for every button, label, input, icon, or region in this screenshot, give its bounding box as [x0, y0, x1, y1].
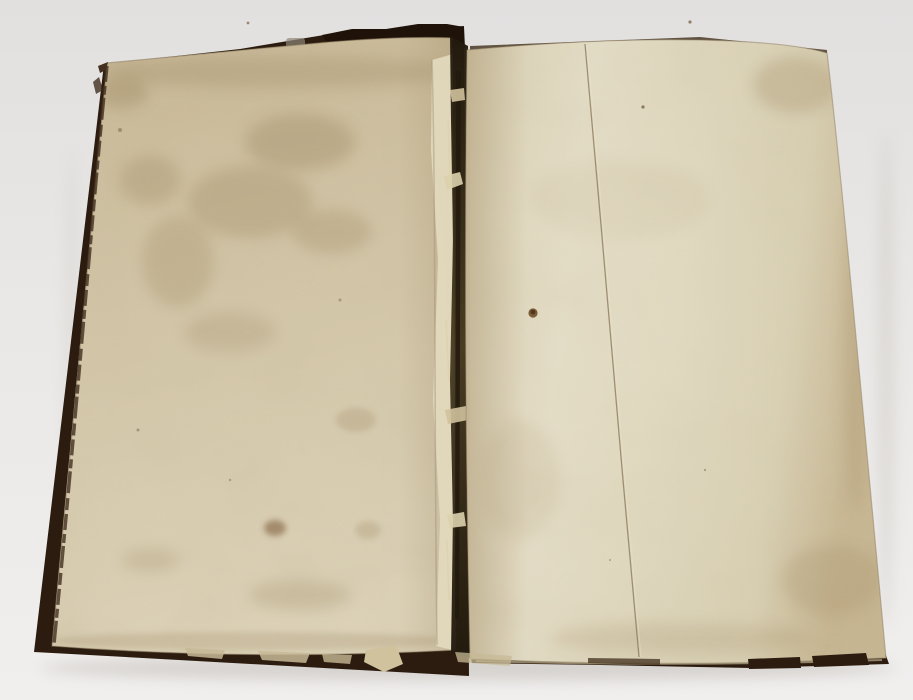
stain [336, 408, 376, 432]
backdrop-speck [247, 22, 250, 25]
small-smudge [264, 520, 286, 536]
stain [184, 312, 276, 352]
speck [118, 128, 122, 132]
left-page-aging [40, 28, 470, 668]
speck [609, 559, 611, 561]
speck [137, 429, 140, 432]
tuft [450, 88, 465, 102]
faint-ring-stain [355, 521, 381, 539]
stain [100, 56, 460, 88]
speck [339, 299, 342, 302]
faint-stain [480, 420, 560, 540]
faint-stain [530, 160, 710, 240]
stain [248, 580, 352, 610]
bottom-edge-toning [550, 622, 810, 654]
speck [641, 105, 644, 108]
stain [142, 216, 214, 308]
stain [122, 548, 178, 572]
right-page-aging [460, 28, 900, 673]
book-photo-canvas [0, 0, 913, 700]
brown-spot-core [531, 310, 536, 315]
stain [753, 57, 837, 113]
stain [120, 155, 180, 205]
shadow-right [877, 130, 895, 630]
backdrop-speck [688, 20, 691, 23]
speck [704, 469, 706, 471]
stain [782, 545, 882, 615]
stain [245, 114, 355, 170]
stain [292, 210, 372, 254]
speck [229, 479, 231, 481]
photograph-open-antique-book [0, 0, 913, 700]
cover-segment [748, 657, 801, 669]
